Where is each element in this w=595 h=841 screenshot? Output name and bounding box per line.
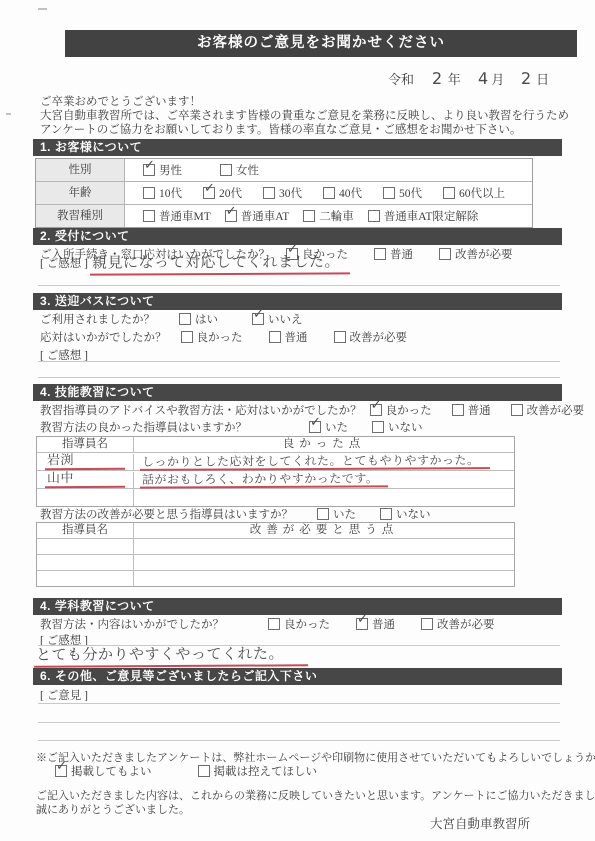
instructor-row-empty[interactable] [37,538,514,554]
instructor-name-handwritten[interactable]: 山中 [45,472,125,488]
option-normal: 普通 [452,402,491,418]
checkbox-label: 女性 [236,162,259,178]
option-40s: 40代 [323,185,362,201]
section-1-header: 1. お客様について [33,139,562,156]
checkbox-male[interactable] [143,164,155,176]
checkbox-bus-normal[interactable] [269,331,281,343]
option-needs-improvement: 改善が必要 [511,402,585,418]
option-normal: 普通 [356,616,395,632]
instructor-row: 岩渕 しっかりとした応対をしてくれた。とてもやりやすかった。 [37,452,514,470]
improve-instructor-question-row: 教習方法の改善が必要と思う指導員はいますか？ いた いない [40,506,431,522]
answer-line[interactable] [38,361,560,362]
option-car-mt: 普通車MT [143,208,211,224]
publish-permission-options: 掲載してもよい 掲載は控えてほしい [55,763,317,779]
checkbox-improve-instructor-no[interactable] [380,508,392,520]
checkbox-label: いいえ [268,311,303,327]
academic-question-row: 教習方法・内容はいかがでしたか？ 良かった 普通 改善が必要 [40,616,495,632]
checkbox-at-limit-removal[interactable] [368,210,380,222]
checkbox-20s[interactable] [203,187,215,199]
option-60s-plus: 60代以上 [443,185,505,201]
checkbox-label: 50代 [399,185,422,201]
option-not-exists: いない [380,506,431,522]
table-row-course-type: 教習種別 普通車MT 普通車AT 二輪車 普通車AT限定解除 [36,204,532,227]
option-good: 良かった [181,329,243,345]
checkbox-academic-normal[interactable] [356,618,368,630]
academic-feedback-handwritten[interactable]: とても分かりやすくやってくれた。 [34,642,308,667]
checkbox-label: 改善が必要 [437,616,495,632]
reception-feedback-handwritten[interactable]: 親見になって対応してくれました。 [90,250,350,275]
checkbox-car-at[interactable] [225,210,237,222]
good-point-handwritten[interactable]: 話がおもしろく、わかりやすかったです。 [140,472,388,488]
checkbox-label: 普通 [285,329,308,345]
table-row-gender: 性別 男性 女性 [36,159,532,181]
checkbox-label: 改善が必要 [455,246,513,262]
answer-line[interactable] [38,285,560,286]
option-50s: 50代 [383,185,422,201]
checkbox-skill-good[interactable] [370,404,382,416]
checkbox-publish-decline[interactable] [198,765,210,777]
checkbox-label: 60代以上 [459,185,505,201]
opinion-label: [ ご意見 ] [40,687,88,703]
checkbox-academic-improve[interactable] [421,618,433,630]
answer-line[interactable] [38,377,560,378]
scanned-survey-form: お客様のご意見をお聞かせください 令和 2 年 4 月 2 日 ご卒業おめでとう… [0,0,595,841]
checkbox-label: 掲載してもよい [71,763,152,779]
checkbox-skill-normal[interactable] [452,404,464,416]
checkbox-label: 普通車MT [159,208,211,224]
column-header-good-points: 良かった点 [134,437,514,452]
year-value-handwritten: 2 [432,69,443,88]
section-6-header: 6. その他、ご意見等ございましたらご記入下さい [33,668,562,685]
improve-instructor-table: 指導員名 改善が必要と思う点 [36,522,515,587]
customer-info-table: 性別 男性 女性 年齢 10代 20代 30代 40代 50代 60代以上 教習… [35,158,533,228]
option-10s: 10代 [143,185,182,201]
checkbox-bus-no[interactable] [252,313,264,325]
instructor-name-handwritten[interactable]: 岩渕 [45,454,125,470]
checkbox-car-mt[interactable] [143,210,155,222]
bus-used-question: ご利用されましたか？ [40,311,155,327]
checkbox-label: 良かった [386,402,432,418]
option-male: 男性 [143,162,182,178]
checkbox-good-instructor-no[interactable] [372,421,384,433]
option-female: 女性 [220,162,259,178]
row-label-age: 年齢 [36,182,125,204]
checkbox-10s[interactable] [143,187,155,199]
option-normal: 普通 [374,246,413,262]
scan-artifact [6,113,11,115]
row-label-course-type: 教習種別 [36,205,125,227]
checkbox-label: 二輪車 [319,208,354,224]
option-normal: 普通 [269,329,308,345]
option-exists: いた [309,419,348,435]
checkbox-label: 普通 [390,246,413,262]
checkbox-skill-improve[interactable] [511,404,523,416]
checkbox-label: 10代 [159,185,182,201]
checkbox-30s[interactable] [263,187,275,199]
option-not-exists: いない [372,419,423,435]
date-line: 令和 2 年 4 月 2 日 [388,69,549,88]
school-signature: 大宮自動車教習所 [400,814,560,832]
option-no: いいえ [252,311,303,327]
section-3-header: 3. 送迎バスについて [33,293,562,310]
option-needs-improvement: 改善が必要 [439,246,513,262]
checkbox-label: いた [333,506,356,522]
section-5-header: 4. 学科教習について [33,598,562,615]
option-publish-decline: 掲載は控えてほしい [198,763,318,779]
intro-line-3: アンケートのご協力をお願いしております。皆様の率直なご意見・ご感想をお聞かせ下さ… [40,121,521,137]
checkbox-bus-good[interactable] [181,331,193,343]
option-at-limit-removal: 普通車AT限定解除 [368,208,479,224]
instructor-row: 山中 話がおもしろく、わかりやすかったです。 [37,470,514,488]
checkbox-academic-good[interactable] [268,618,280,630]
instructor-row-empty[interactable] [37,570,514,586]
checkbox-label: いない [396,506,431,522]
month-value-handwritten: 4 [478,69,489,88]
table-row-age: 年齢 10代 20代 30代 40代 50代 60代以上 [36,181,532,204]
answer-line[interactable] [38,740,560,741]
option-good: 良かった [370,402,432,418]
option-good: 良かった [268,616,330,632]
checkbox-label: はい [195,311,218,327]
option-car-at: 普通車AT [225,208,290,224]
row-label-gender: 性別 [36,159,125,181]
checkbox-reception-improve[interactable] [439,248,451,260]
good-instructor-question: 教習方法の良かった指導員はいますか？ [40,419,247,435]
checkbox-label: 良かった [197,329,243,345]
table-header-row: 指導員名 改善が必要と思う点 [37,523,514,538]
checkbox-improve-instructor-yes[interactable] [317,508,329,520]
checkbox-label: いない [388,419,423,435]
checkbox-label: 掲載は控えてほしい [214,763,318,779]
column-header-instructor-name: 指導員名 [37,523,134,538]
checkbox-label: 20代 [219,185,242,201]
column-header-improve-points: 改善が必要と思う点 [134,523,514,538]
checkbox-label: 普通 [468,402,491,418]
checkbox-label: 40代 [339,185,362,201]
section-4-header: 4. 技能教習について [33,384,562,401]
option-needs-improvement: 改善が必要 [334,329,408,345]
checkbox-label: 普通 [372,616,395,632]
checkbox-female[interactable] [220,164,232,176]
era-label: 令和 [388,69,414,88]
day-value-handwritten: 2 [521,69,532,88]
month-unit: 月 [491,69,504,88]
good-point-handwritten[interactable]: しっかりとした応対をしてくれた。とてもやりやすかった。 [140,454,490,471]
option-motorcycle: 二輪車 [303,208,354,224]
instructor-row-empty[interactable] [37,488,514,506]
checkbox-motorcycle[interactable] [303,210,315,222]
option-30s: 30代 [263,185,302,201]
checkbox-publish-ok[interactable] [55,765,67,777]
checkbox-50s[interactable] [383,187,395,199]
academic-feedback-row: とても分かりやすくやってくれた。 [34,643,308,667]
checkbox-label: 普通車AT限定解除 [384,208,479,224]
checkbox-bus-improve[interactable] [334,331,346,343]
reception-feedback-row: [ ご感想 ] 親見になって対応してくれました。 [40,252,350,274]
checkbox-bus-yes[interactable] [179,313,191,325]
academic-question: 教習方法・内容はいかがでしたか？ [40,616,224,632]
closing-line-2: 誠にありがとうございました。 [36,801,190,817]
bus-service-question-row: 応対はいかがでしたか？ 良かった 普通 改善が必要 [40,329,407,345]
good-instructor-question-row: 教習方法の良かった指導員はいますか？ いた いない [40,419,423,435]
bus-used-question-row: ご利用されましたか？ はい いいえ [40,311,303,327]
option-20s: 20代 [203,185,242,201]
checkbox-60s-plus[interactable] [443,187,455,199]
option-publish-ok: 掲載してもよい [55,763,152,779]
option-exists: いた [317,506,356,522]
improve-instructor-question: 教習方法の改善が必要と思う指導員はいますか？ [40,506,293,522]
feedback-label: [ ご感想 ] [40,255,88,271]
bus-service-question: 応対はいかがでしたか？ [40,329,167,345]
table-header-row: 指導員名 良かった点 [37,437,514,452]
checkbox-label: 普通車AT [241,208,290,224]
instructor-row-empty[interactable] [37,554,514,570]
good-instructor-table: 指導員名 良かった点 岩渕 しっかりとした応対をしてくれた。とてもやりやすかった… [36,436,515,507]
answer-line[interactable] [38,703,560,704]
option-needs-improvement: 改善が必要 [421,616,495,632]
checkbox-label: 男性 [159,162,182,178]
scan-artifact [38,8,47,10]
form-title: お客様のご意見をお聞かせください [65,30,577,57]
column-header-instructor-name: 指導員名 [37,437,134,452]
checkbox-label: 30代 [279,185,302,201]
checkbox-good-instructor-yes[interactable] [309,421,321,433]
answer-line[interactable] [38,722,560,723]
checkbox-reception-normal[interactable] [374,248,386,260]
year-unit: 年 [448,69,461,88]
checkbox-40s[interactable] [323,187,335,199]
checkbox-label: いた [325,419,348,435]
checkbox-label: 改善が必要 [527,402,585,418]
checkbox-label: 良かった [284,616,330,632]
day-unit: 日 [536,69,549,88]
option-yes: はい [179,311,218,327]
checkbox-label: 改善が必要 [350,329,408,345]
